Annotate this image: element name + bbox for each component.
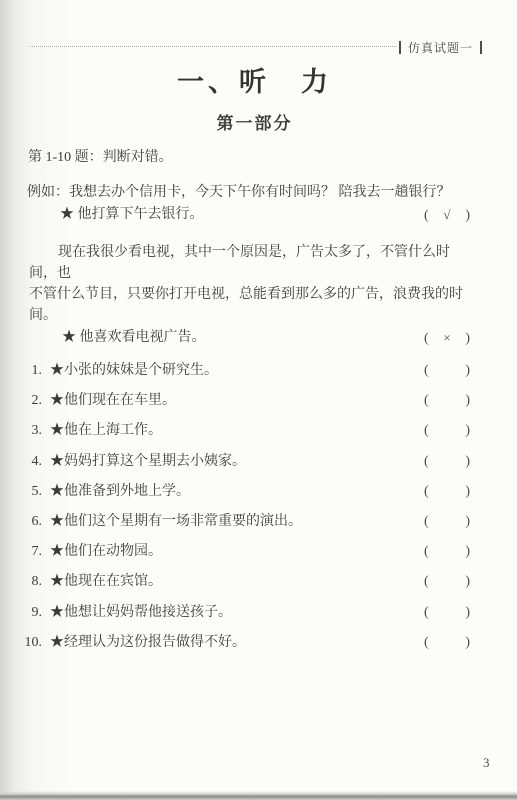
- answer-open-paren: (: [424, 605, 429, 621]
- answer-open-paren: (: [424, 393, 429, 409]
- example-dialogue: 我想去办个信用卡，今天下午你有时间吗？ 陪我去一趟银行？: [69, 185, 451, 200]
- question-number: 6.: [20, 514, 42, 530]
- question-list: 1. ★小张的妹妹是个研究生。 ( ) 2. ★他们现在在车里。 ( ) 3. …: [20, 363, 470, 651]
- question-text: 他准备到外地上学。: [64, 484, 190, 499]
- star-icon: ★: [50, 423, 64, 438]
- question-row: 1. ★小张的妹妹是个研究生。 ( ): [20, 363, 470, 379]
- answer-slot: ( ): [424, 635, 470, 651]
- check-mark: √: [443, 204, 450, 225]
- header-bar-right-icon: [480, 41, 482, 54]
- star-icon: ★: [50, 635, 64, 650]
- question-text: 他想让妈妈帮他接送孩子。: [64, 605, 232, 620]
- question-body: ★经理认为这份报告做得不好。: [50, 635, 246, 651]
- question-row: 8. ★他现在在宾馆。 ( ): [20, 574, 470, 590]
- answer-open-paren: (: [424, 423, 429, 439]
- answer-open-paren: (: [424, 514, 429, 530]
- question-row: 10. ★经理认为这份报告做得不好。 ( ): [20, 635, 470, 651]
- running-header: 仿真试题一: [399, 39, 482, 56]
- example-statement: 他打算下午去银行。: [78, 207, 204, 222]
- star-icon: ★: [50, 454, 64, 469]
- answer-close-paren: ): [465, 574, 470, 590]
- answer-open-paren: (: [424, 363, 429, 379]
- star-icon: ★: [50, 544, 64, 559]
- header-rule: [30, 46, 397, 47]
- question-body: ★他们在动物园。: [50, 544, 162, 560]
- page-number: 3: [483, 755, 490, 771]
- question-body: ★他想让妈妈帮他接送孩子。: [50, 605, 232, 621]
- question-number: 5.: [20, 484, 42, 500]
- question-text: 他现在在宾馆。: [64, 574, 162, 589]
- answer-slot: ( ): [424, 544, 470, 560]
- answer-slot: ( ): [424, 454, 470, 470]
- question-text: 他在上海工作。: [64, 423, 162, 438]
- answer-close-paren: ): [465, 205, 470, 226]
- answer-close-paren: ): [465, 514, 470, 530]
- section-title: 一、听 力: [0, 60, 509, 99]
- answer-open-paren: (: [424, 484, 429, 500]
- answer-slot: ( ): [424, 484, 470, 500]
- question-number: 8.: [20, 574, 42, 590]
- answer-slot: ( ): [424, 605, 470, 621]
- star-icon: ★: [50, 363, 64, 378]
- answer-slot: ( ): [424, 514, 470, 530]
- question-body: ★他现在在宾馆。: [50, 574, 162, 590]
- example-answer-slot: ( √ ): [424, 204, 470, 226]
- star-icon: ★: [50, 484, 64, 499]
- section-subtitle: 第一部分: [0, 109, 509, 134]
- passage-statement-row: ★ 他喜欢看电视广告。 ( × ): [62, 327, 470, 348]
- answer-open-paren: (: [424, 544, 429, 560]
- passage-line: 不管什么节目，只要你打开电视，总能看到那么多的广告，浪费我的时间。: [29, 284, 470, 326]
- example-dialogue-line: 例如：我想去办个信用卡，今天下午你有时间吗？ 陪我去一趟银行？: [27, 182, 470, 203]
- star-icon: ★: [50, 605, 64, 620]
- question-text: 他们在动物园。: [64, 544, 162, 559]
- question-number: 7.: [20, 544, 42, 560]
- question-row: 2. ★他们现在在车里。 ( ): [20, 393, 470, 409]
- question-number: 1.: [20, 363, 42, 379]
- question-row: 6. ★他们这个星期有一场非常重要的演出。 ( ): [20, 514, 470, 530]
- answer-close-paren: ): [465, 544, 470, 560]
- question-number: 10.: [20, 635, 42, 651]
- answer-slot: ( ): [424, 393, 470, 409]
- star-icon: ★: [60, 207, 74, 222]
- answer-open-paren: (: [424, 328, 429, 349]
- star-icon: ★: [62, 330, 76, 345]
- passage-answer-slot: ( × ): [424, 327, 470, 349]
- question-row: 3. ★他在上海工作。 ( ): [20, 423, 470, 439]
- header-bar-left-icon: [399, 41, 401, 54]
- answer-close-paren: ): [465, 363, 470, 379]
- answer-slot: ( ): [424, 363, 470, 379]
- question-body: ★他在上海工作。: [50, 423, 162, 439]
- star-icon: ★: [50, 393, 64, 408]
- question-body: ★小张的妹妹是个研究生。: [50, 363, 218, 379]
- question-body: ★他们现在在车里。: [50, 393, 176, 409]
- cross-mark: ×: [443, 327, 450, 348]
- answer-close-paren: ): [465, 454, 470, 470]
- passage-statement: 他喜欢看电视广告。: [80, 330, 206, 345]
- answer-open-paren: (: [424, 205, 429, 226]
- instruction-line: 第 1-10 题：判断对错。: [28, 146, 173, 166]
- answer-close-paren: ): [465, 328, 470, 349]
- question-body: ★他准备到外地上学。: [50, 484, 190, 500]
- question-row: 9. ★他想让妈妈帮他接送孩子。 ( ): [20, 605, 470, 621]
- question-number: 4.: [20, 454, 42, 470]
- question-text: 他们现在在车里。: [64, 393, 176, 408]
- exam-page: 仿真试题一 一、听 力 第一部分 第 1-10 题：判断对错。 例如：我想去办个…: [0, 0, 517, 800]
- answer-slot: ( ): [424, 423, 470, 439]
- question-number: 2.: [20, 393, 42, 409]
- star-icon: ★: [50, 514, 64, 529]
- answer-close-paren: ): [465, 423, 470, 439]
- question-text: 小张的妹妹是个研究生。: [64, 363, 218, 378]
- question-number: 9.: [20, 605, 42, 621]
- example-statement-row: ★ 他打算下午去银行。 ( √ ): [60, 204, 470, 225]
- question-text: 他们这个星期有一场非常重要的演出。: [64, 514, 302, 529]
- example-label: 例如：: [27, 185, 69, 200]
- header-label: 仿真试题一: [408, 39, 473, 56]
- question-body: ★妈妈打算这个星期去小姨家。: [50, 454, 246, 470]
- star-icon: ★: [50, 574, 64, 589]
- question-row: 7. ★他们在动物园。 ( ): [20, 544, 470, 560]
- passage-line: 现在我很少看电视，其中一个原因是，广告太多了，不管什么时间，也: [29, 242, 470, 284]
- question-row: 5. ★他准备到外地上学。 ( ): [20, 484, 470, 500]
- question-text: 经理认为这份报告做得不好。: [64, 635, 246, 650]
- answer-slot: ( ): [424, 574, 470, 590]
- scan-bottom-edge: [0, 791, 517, 800]
- answer-close-paren: ): [465, 635, 470, 651]
- question-text: 妈妈打算这个星期去小姨家。: [64, 454, 246, 469]
- passage-block: 现在我很少看电视，其中一个原因是，广告太多了，不管什么时间，也 不管什么节目，只…: [29, 242, 470, 348]
- answer-close-paren: ): [465, 484, 470, 500]
- question-row: 4. ★妈妈打算这个星期去小姨家。 ( ): [20, 454, 470, 470]
- question-number: 3.: [20, 423, 42, 439]
- question-body: ★他们这个星期有一场非常重要的演出。: [50, 514, 302, 530]
- answer-open-paren: (: [424, 454, 429, 470]
- answer-open-paren: (: [424, 635, 429, 651]
- example-block: 例如：我想去办个信用卡，今天下午你有时间吗？ 陪我去一趟银行？ ★ 他打算下午去…: [27, 182, 470, 225]
- answer-close-paren: ): [465, 393, 470, 409]
- answer-close-paren: ): [465, 605, 470, 621]
- answer-open-paren: (: [424, 574, 429, 590]
